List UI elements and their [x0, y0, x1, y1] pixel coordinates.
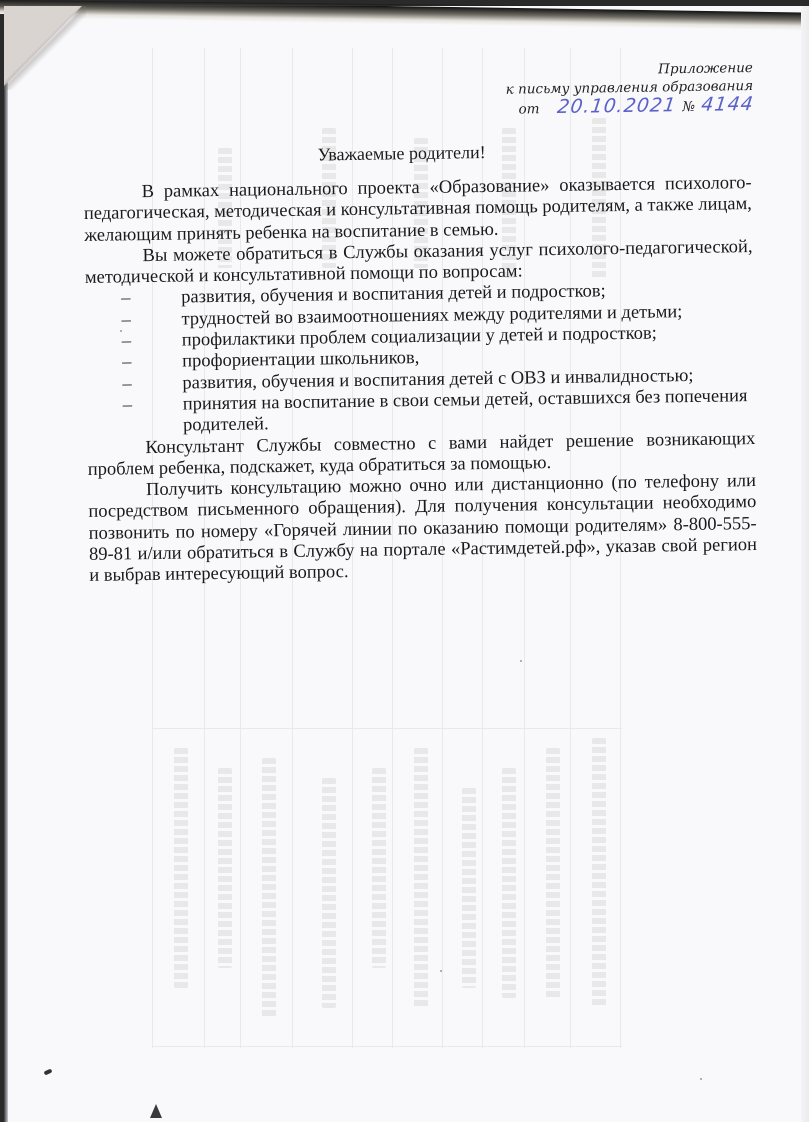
dust-speck [440, 970, 442, 972]
services-list: – развития, обучения и воспитания детей … [85, 280, 755, 439]
dash-bullet: – [121, 289, 131, 310]
letter-body: В рамках национального проекта «Образова… [83, 173, 757, 588]
number-label: № [682, 98, 695, 116]
scan-triangle-mark [150, 1104, 162, 1118]
from-label: от [518, 100, 539, 118]
dash-bullet: – [121, 310, 131, 331]
paragraph-how-to: Получить консультацию можно очно или дис… [88, 471, 758, 587]
list-item-text: профориентации школьников, [182, 348, 419, 372]
dash-bullet: – [123, 395, 133, 416]
paragraph-intro: В рамках национального проекта «Образова… [83, 173, 752, 247]
appendix-header: Приложение к письму управления образован… [505, 59, 753, 119]
letter-content: Приложение к письму управления образован… [0, 0, 809, 1122]
dust-speck [700, 1078, 702, 1080]
dust-speck [520, 660, 522, 662]
dust-speck [120, 330, 122, 332]
dash-bullet: – [122, 374, 132, 395]
dash-bullet: – [122, 353, 132, 374]
letter-heading: Уважаемые родители! [0, 137, 806, 170]
dash-bullet: – [122, 331, 132, 352]
handwritten-number: 4144 [700, 95, 755, 114]
appendix-date-line: от 20.10.2021 № 4144 [506, 95, 754, 119]
handwritten-date: 20.10.2021 [556, 96, 677, 116]
list-item-text: принятия на воспитание в свои семьи дете… [183, 386, 748, 436]
